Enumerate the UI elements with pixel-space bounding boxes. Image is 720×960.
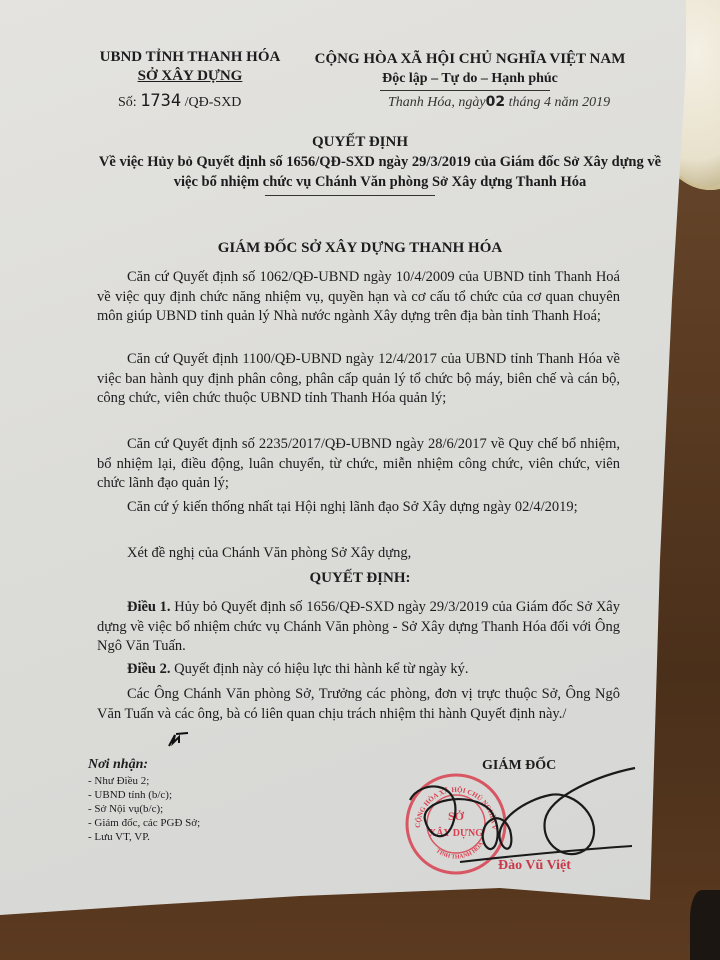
preamble-text: Căn cứ ý kiến thống nhất tại Hội nghị lã…	[97, 498, 620, 518]
signer-name: Đào Vũ Việt	[498, 858, 571, 874]
parent-agency: UBND TỈNH THANH HÓA	[90, 48, 290, 67]
preamble-4: Căn cứ ý kiến thống nhất tại Hội nghị lã…	[97, 498, 620, 518]
doc-number-label: Số:	[118, 95, 137, 110]
document-number: Số: 1734 /QĐ-SXD	[118, 91, 241, 111]
closing-text: Các Ông Chánh Văn phòng Sở, Trưởng các p…	[97, 685, 620, 724]
issuing-agency-block: UBND TỈNH THANH HÓA SỞ XÂY DỰNG	[90, 48, 290, 86]
preamble-5: Xét đề nghị của Chánh Văn phòng Sở Xây d…	[97, 544, 620, 564]
preamble-text: Xét đề nghị của Chánh Văn phòng Sở Xây d…	[97, 544, 620, 564]
issuing-authority: GIÁM ĐỐC SỞ XÂY DỰNG THANH HÓA	[0, 240, 720, 257]
preamble-2: Căn cứ Quyết định 1100/QĐ-UBND ngày 12/4…	[97, 350, 620, 409]
date-prefix: Thanh Hóa, ngày	[388, 95, 486, 110]
national-heading: CỘNG HÒA XÃ HỘI CHỦ NGHĨA VIỆT NAM Độc l…	[305, 50, 635, 88]
agency-name: SỞ XÂY DỰNG	[90, 67, 290, 86]
recipient-item: - UBND tỉnh (b/c);	[88, 788, 200, 802]
doc-number-suffix: /QĐ-SXD	[185, 95, 242, 110]
date-suffix: tháng 4 năm 2019	[509, 95, 611, 110]
preamble-text: Căn cứ Quyết định số 2235/2017/QĐ-UBND n…	[97, 435, 620, 494]
recipients-title: Nơi nhận:	[88, 756, 200, 774]
decision-heading: QUYẾT ĐỊNH:	[0, 570, 720, 587]
doc-number-value: 1734	[140, 91, 181, 111]
recipient-item: - Giám đốc, các PGĐ Sở;	[88, 816, 200, 830]
decision-document: UBND TỈNH THANH HÓA SỞ XÂY DỰNG CỘNG HÒA…	[0, 0, 720, 960]
article-text: Quyết định này có hiệu lực thi hành kể t…	[171, 661, 469, 677]
initials-mark-icon	[167, 731, 189, 747]
article-text: Hủy bỏ Quyết định số 1656/QĐ-SXD ngày 29…	[97, 599, 620, 654]
article-2: Điều 2. Quyết định này có hiệu lực thi h…	[97, 660, 620, 680]
preamble-1: Căn cứ Quyết định số 1062/QĐ-UBND ngày 1…	[97, 268, 620, 327]
issue-date: Thanh Hóa, ngày02 tháng 4 năm 2019	[388, 94, 610, 111]
document-title: QUYẾT ĐỊNH	[0, 134, 720, 151]
recipients-block: Nơi nhận: - Như Điều 2; - UBND tỉnh (b/c…	[88, 756, 200, 844]
article-label: Điều 1.	[127, 599, 171, 615]
subject-underline	[265, 195, 435, 196]
handwritten-signature-icon	[400, 760, 660, 870]
preamble-3: Căn cứ Quyết định số 2235/2017/QĐ-UBND n…	[97, 435, 620, 494]
recipient-item: - Như Điều 2;	[88, 774, 200, 788]
preamble-text: Căn cứ Quyết định 1100/QĐ-UBND ngày 12/4…	[97, 350, 620, 409]
national-motto: Độc lập – Tự do – Hạnh phúc	[305, 69, 635, 88]
nation-title: CỘNG HÒA XÃ HỘI CHỦ NGHĨA VIỆT NAM	[305, 50, 635, 69]
recipient-item: - Sở Nội vụ(b/c);	[88, 802, 200, 816]
closing-clause: Các Ông Chánh Văn phòng Sở, Trưởng các p…	[97, 685, 620, 724]
motto-underline	[380, 90, 550, 91]
document-subject: Về việc Hủy bỏ Quyết định số 1656/QĐ-SXD…	[95, 152, 665, 192]
date-day: 02	[486, 94, 505, 110]
article-1: Điều 1. Hủy bỏ Quyết định số 1656/QĐ-SXD…	[97, 598, 620, 657]
recipient-item: - Lưu VT, VP.	[88, 830, 200, 844]
preamble-text: Căn cứ Quyết định số 1062/QĐ-UBND ngày 1…	[97, 268, 620, 327]
article-label: Điều 2.	[127, 661, 171, 677]
